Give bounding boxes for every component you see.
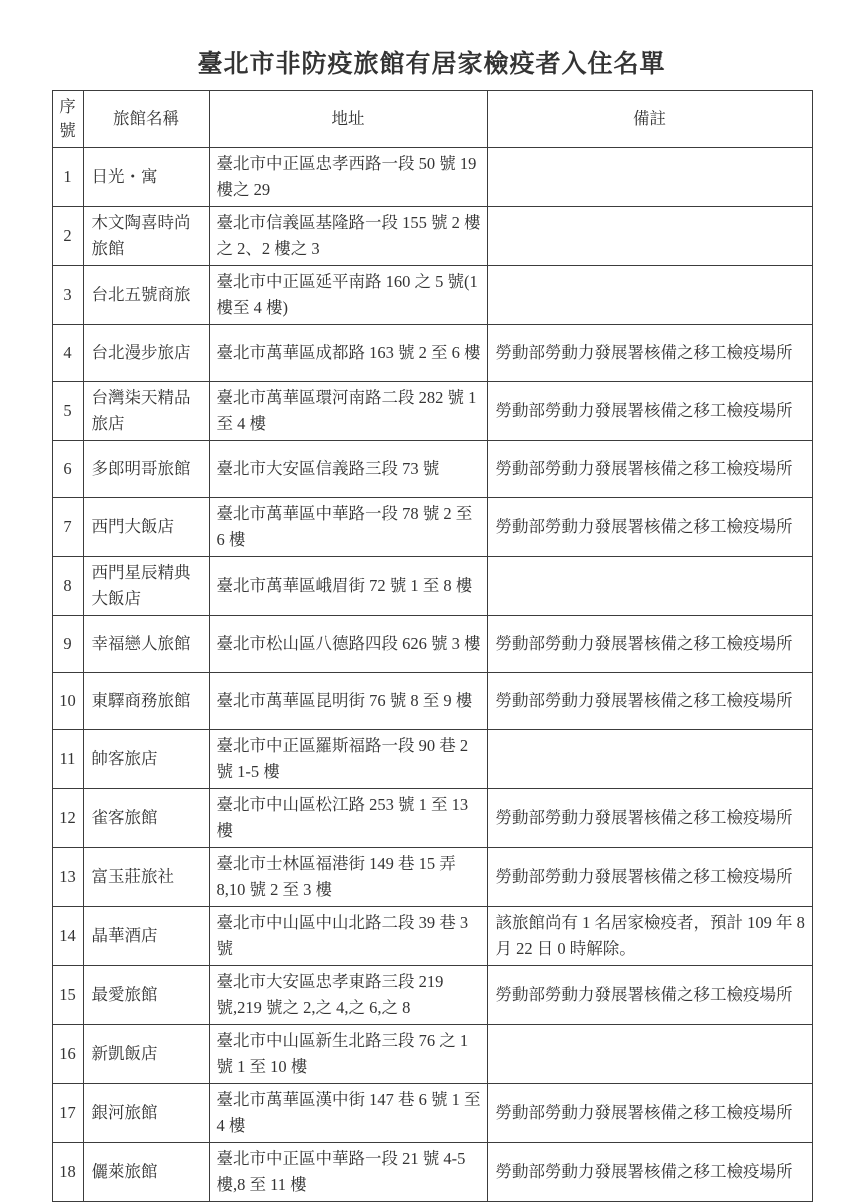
table-row: 14 晶華酒店 臺北市中山區中山北路二段 39 巷 3 號 該旅館尚有 1 名居… [52, 907, 812, 966]
table-row: 13 富玉莊旅社 臺北市士林區福港街 149 巷 15 弄 8,10 號 2 至… [52, 848, 812, 907]
hotel-note-cell: 勞動部勞動力發展署核備之移工檢疫場所 [487, 966, 812, 1025]
hotel-note-cell: 勞動部勞動力發展署核備之移工檢疫場所 [487, 848, 812, 907]
hotel-name-cell: 富玉莊旅社 [83, 848, 209, 907]
hotel-name-cell: 西門星辰精典大飯店 [83, 557, 209, 616]
hotel-name-cell: 儷萊旅館 [83, 1143, 209, 1202]
document-page: 臺北市非防疫旅館有居家檢疫者入住名單 序號 旅館名稱 地址 備註 1 日光・寓 … [52, 0, 812, 1202]
hotel-name-cell: 幸福戀人旅館 [83, 616, 209, 673]
hotel-name-cell: 最愛旅館 [83, 966, 209, 1025]
hotel-note-cell: 勞動部勞動力發展署核備之移工檢疫場所 [487, 382, 812, 441]
row-index-cell: 16 [52, 1025, 83, 1084]
hotel-address-cell: 臺北市大安區忠孝東路三段 219 號,219 號之 2,之 4,之 6,之 8 [209, 966, 487, 1025]
table-row: 2 木文陶喜時尚旅館 臺北市信義區基隆路一段 155 號 2 樓之 2、2 樓之… [52, 207, 812, 266]
row-index-cell: 11 [52, 730, 83, 789]
row-index-cell: 12 [52, 789, 83, 848]
row-index-cell: 5 [52, 382, 83, 441]
table-row: 1 日光・寓 臺北市中正區忠孝西路一段 50 號 19 樓之 29 [52, 148, 812, 207]
hotel-note-cell [487, 266, 812, 325]
table-row: 10 東驛商務旅館 臺北市萬華區昆明街 76 號 8 至 9 樓 勞動部勞動力發… [52, 673, 812, 730]
hotel-address-cell: 臺北市中山區中山北路二段 39 巷 3 號 [209, 907, 487, 966]
hotel-name-cell: 台北漫步旅店 [83, 325, 209, 382]
hotel-address-cell: 臺北市萬華區昆明街 76 號 8 至 9 樓 [209, 673, 487, 730]
hotel-table-body: 1 日光・寓 臺北市中正區忠孝西路一段 50 號 19 樓之 29 2 木文陶喜… [52, 148, 812, 1202]
row-index-cell: 10 [52, 673, 83, 730]
hotel-note-cell: 該旅館尚有 1 名居家檢疫者，預計 109 年 8 月 22 日 0 時解除。 [487, 907, 812, 966]
hotel-note-cell [487, 1025, 812, 1084]
hotel-name-cell: 新凱飯店 [83, 1025, 209, 1084]
hotel-address-cell: 臺北市中正區中華路一段 21 號 4-5 樓,8 至 11 樓 [209, 1143, 487, 1202]
hotel-address-cell: 臺北市松山區八德路四段 626 號 3 樓 [209, 616, 487, 673]
hotel-note-cell: 勞動部勞動力發展署核備之移工檢疫場所 [487, 616, 812, 673]
table-row: 12 雀客旅館 臺北市中山區松江路 253 號 1 至 13 樓 勞動部勞動力發… [52, 789, 812, 848]
hotel-note-cell [487, 557, 812, 616]
row-index-cell: 4 [52, 325, 83, 382]
table-row: 16 新凱飯店 臺北市中山區新生北路三段 76 之 1 號 1 至 10 樓 [52, 1025, 812, 1084]
row-index-cell: 17 [52, 1084, 83, 1143]
table-row: 18 儷萊旅館 臺北市中正區中華路一段 21 號 4-5 樓,8 至 11 樓 … [52, 1143, 812, 1202]
row-index-cell: 13 [52, 848, 83, 907]
hotel-note-cell [487, 148, 812, 207]
hotel-note-cell: 勞動部勞動力發展署核備之移工檢疫場所 [487, 673, 812, 730]
row-index-cell: 6 [52, 441, 83, 498]
row-index-cell: 7 [52, 498, 83, 557]
hotel-address-cell: 臺北市萬華區漢中街 147 巷 6 號 1 至 4 樓 [209, 1084, 487, 1143]
row-index-cell: 9 [52, 616, 83, 673]
hotel-note-cell [487, 730, 812, 789]
hotel-note-cell [487, 207, 812, 266]
row-index-cell: 8 [52, 557, 83, 616]
table-row: 15 最愛旅館 臺北市大安區忠孝東路三段 219 號,219 號之 2,之 4,… [52, 966, 812, 1025]
hotel-name-cell: 西門大飯店 [83, 498, 209, 557]
hotel-name-cell: 多郎明哥旅館 [83, 441, 209, 498]
row-index-cell: 3 [52, 266, 83, 325]
hotel-address-cell: 臺北市信義區基隆路一段 155 號 2 樓之 2、2 樓之 3 [209, 207, 487, 266]
row-index-cell: 2 [52, 207, 83, 266]
table-row: 3 台北五號商旅 臺北市中正區延平南路 160 之 5 號(1 樓至 4 樓) [52, 266, 812, 325]
table-row: 4 台北漫步旅店 臺北市萬華區成都路 163 號 2 至 6 樓 勞動部勞動力發… [52, 325, 812, 382]
hotel-name-cell: 日光・寓 [83, 148, 209, 207]
hotel-address-cell: 臺北市大安區信義路三段 73 號 [209, 441, 487, 498]
hotel-name-cell: 木文陶喜時尚旅館 [83, 207, 209, 266]
hotel-name-cell: 東驛商務旅館 [83, 673, 209, 730]
header-note: 備註 [487, 91, 812, 148]
hotel-address-cell: 臺北市中正區延平南路 160 之 5 號(1 樓至 4 樓) [209, 266, 487, 325]
header-hotel-name: 旅館名稱 [83, 91, 209, 148]
hotel-address-cell: 臺北市中山區松江路 253 號 1 至 13 樓 [209, 789, 487, 848]
hotel-address-cell: 臺北市中正區羅斯福路一段 90 巷 2 號 1-5 樓 [209, 730, 487, 789]
table-row: 9 幸福戀人旅館 臺北市松山區八德路四段 626 號 3 樓 勞動部勞動力發展署… [52, 616, 812, 673]
table-row: 7 西門大飯店 臺北市萬華區中華路一段 78 號 2 至 6 樓 勞動部勞動力發… [52, 498, 812, 557]
hotel-name-cell: 帥客旅店 [83, 730, 209, 789]
hotel-name-cell: 雀客旅館 [83, 789, 209, 848]
row-index-cell: 14 [52, 907, 83, 966]
table-row: 11 帥客旅店 臺北市中正區羅斯福路一段 90 巷 2 號 1-5 樓 [52, 730, 812, 789]
hotel-name-cell: 台灣柒天精品旅店 [83, 382, 209, 441]
table-row: 17 銀河旅館 臺北市萬華區漢中街 147 巷 6 號 1 至 4 樓 勞動部勞… [52, 1084, 812, 1143]
header-index: 序號 [52, 91, 83, 148]
hotel-address-cell: 臺北市萬華區峨眉街 72 號 1 至 8 樓 [209, 557, 487, 616]
hotel-address-cell: 臺北市士林區福港街 149 巷 15 弄 8,10 號 2 至 3 樓 [209, 848, 487, 907]
hotel-address-cell: 臺北市萬華區成都路 163 號 2 至 6 樓 [209, 325, 487, 382]
hotel-name-cell: 台北五號商旅 [83, 266, 209, 325]
hotel-address-cell: 臺北市萬華區中華路一段 78 號 2 至 6 樓 [209, 498, 487, 557]
hotel-name-cell: 晶華酒店 [83, 907, 209, 966]
hotel-note-cell: 勞動部勞動力發展署核備之移工檢疫場所 [487, 325, 812, 382]
row-index-cell: 18 [52, 1143, 83, 1202]
hotel-address-cell: 臺北市萬華區環河南路二段 282 號 1 至 4 樓 [209, 382, 487, 441]
hotel-table: 序號 旅館名稱 地址 備註 1 日光・寓 臺北市中正區忠孝西路一段 50 號 1… [52, 90, 813, 1202]
table-row: 8 西門星辰精典大飯店 臺北市萬華區峨眉街 72 號 1 至 8 樓 [52, 557, 812, 616]
table-row: 5 台灣柒天精品旅店 臺北市萬華區環河南路二段 282 號 1 至 4 樓 勞動… [52, 382, 812, 441]
hotel-note-cell: 勞動部勞動力發展署核備之移工檢疫場所 [487, 498, 812, 557]
hotel-note-cell: 勞動部勞動力發展署核備之移工檢疫場所 [487, 1143, 812, 1202]
page-title: 臺北市非防疫旅館有居家檢疫者入住名單 [52, 44, 812, 80]
hotel-note-cell: 勞動部勞動力發展署核備之移工檢疫場所 [487, 1084, 812, 1143]
table-row: 6 多郎明哥旅館 臺北市大安區信義路三段 73 號 勞動部勞動力發展署核備之移工… [52, 441, 812, 498]
row-index-cell: 1 [52, 148, 83, 207]
hotel-note-cell: 勞動部勞動力發展署核備之移工檢疫場所 [487, 441, 812, 498]
hotel-name-cell: 銀河旅館 [83, 1084, 209, 1143]
header-row: 序號 旅館名稱 地址 備註 [52, 91, 812, 148]
header-address: 地址 [209, 91, 487, 148]
hotel-note-cell: 勞動部勞動力發展署核備之移工檢疫場所 [487, 789, 812, 848]
row-index-cell: 15 [52, 966, 83, 1025]
hotel-address-cell: 臺北市中山區新生北路三段 76 之 1 號 1 至 10 樓 [209, 1025, 487, 1084]
hotel-address-cell: 臺北市中正區忠孝西路一段 50 號 19 樓之 29 [209, 148, 487, 207]
